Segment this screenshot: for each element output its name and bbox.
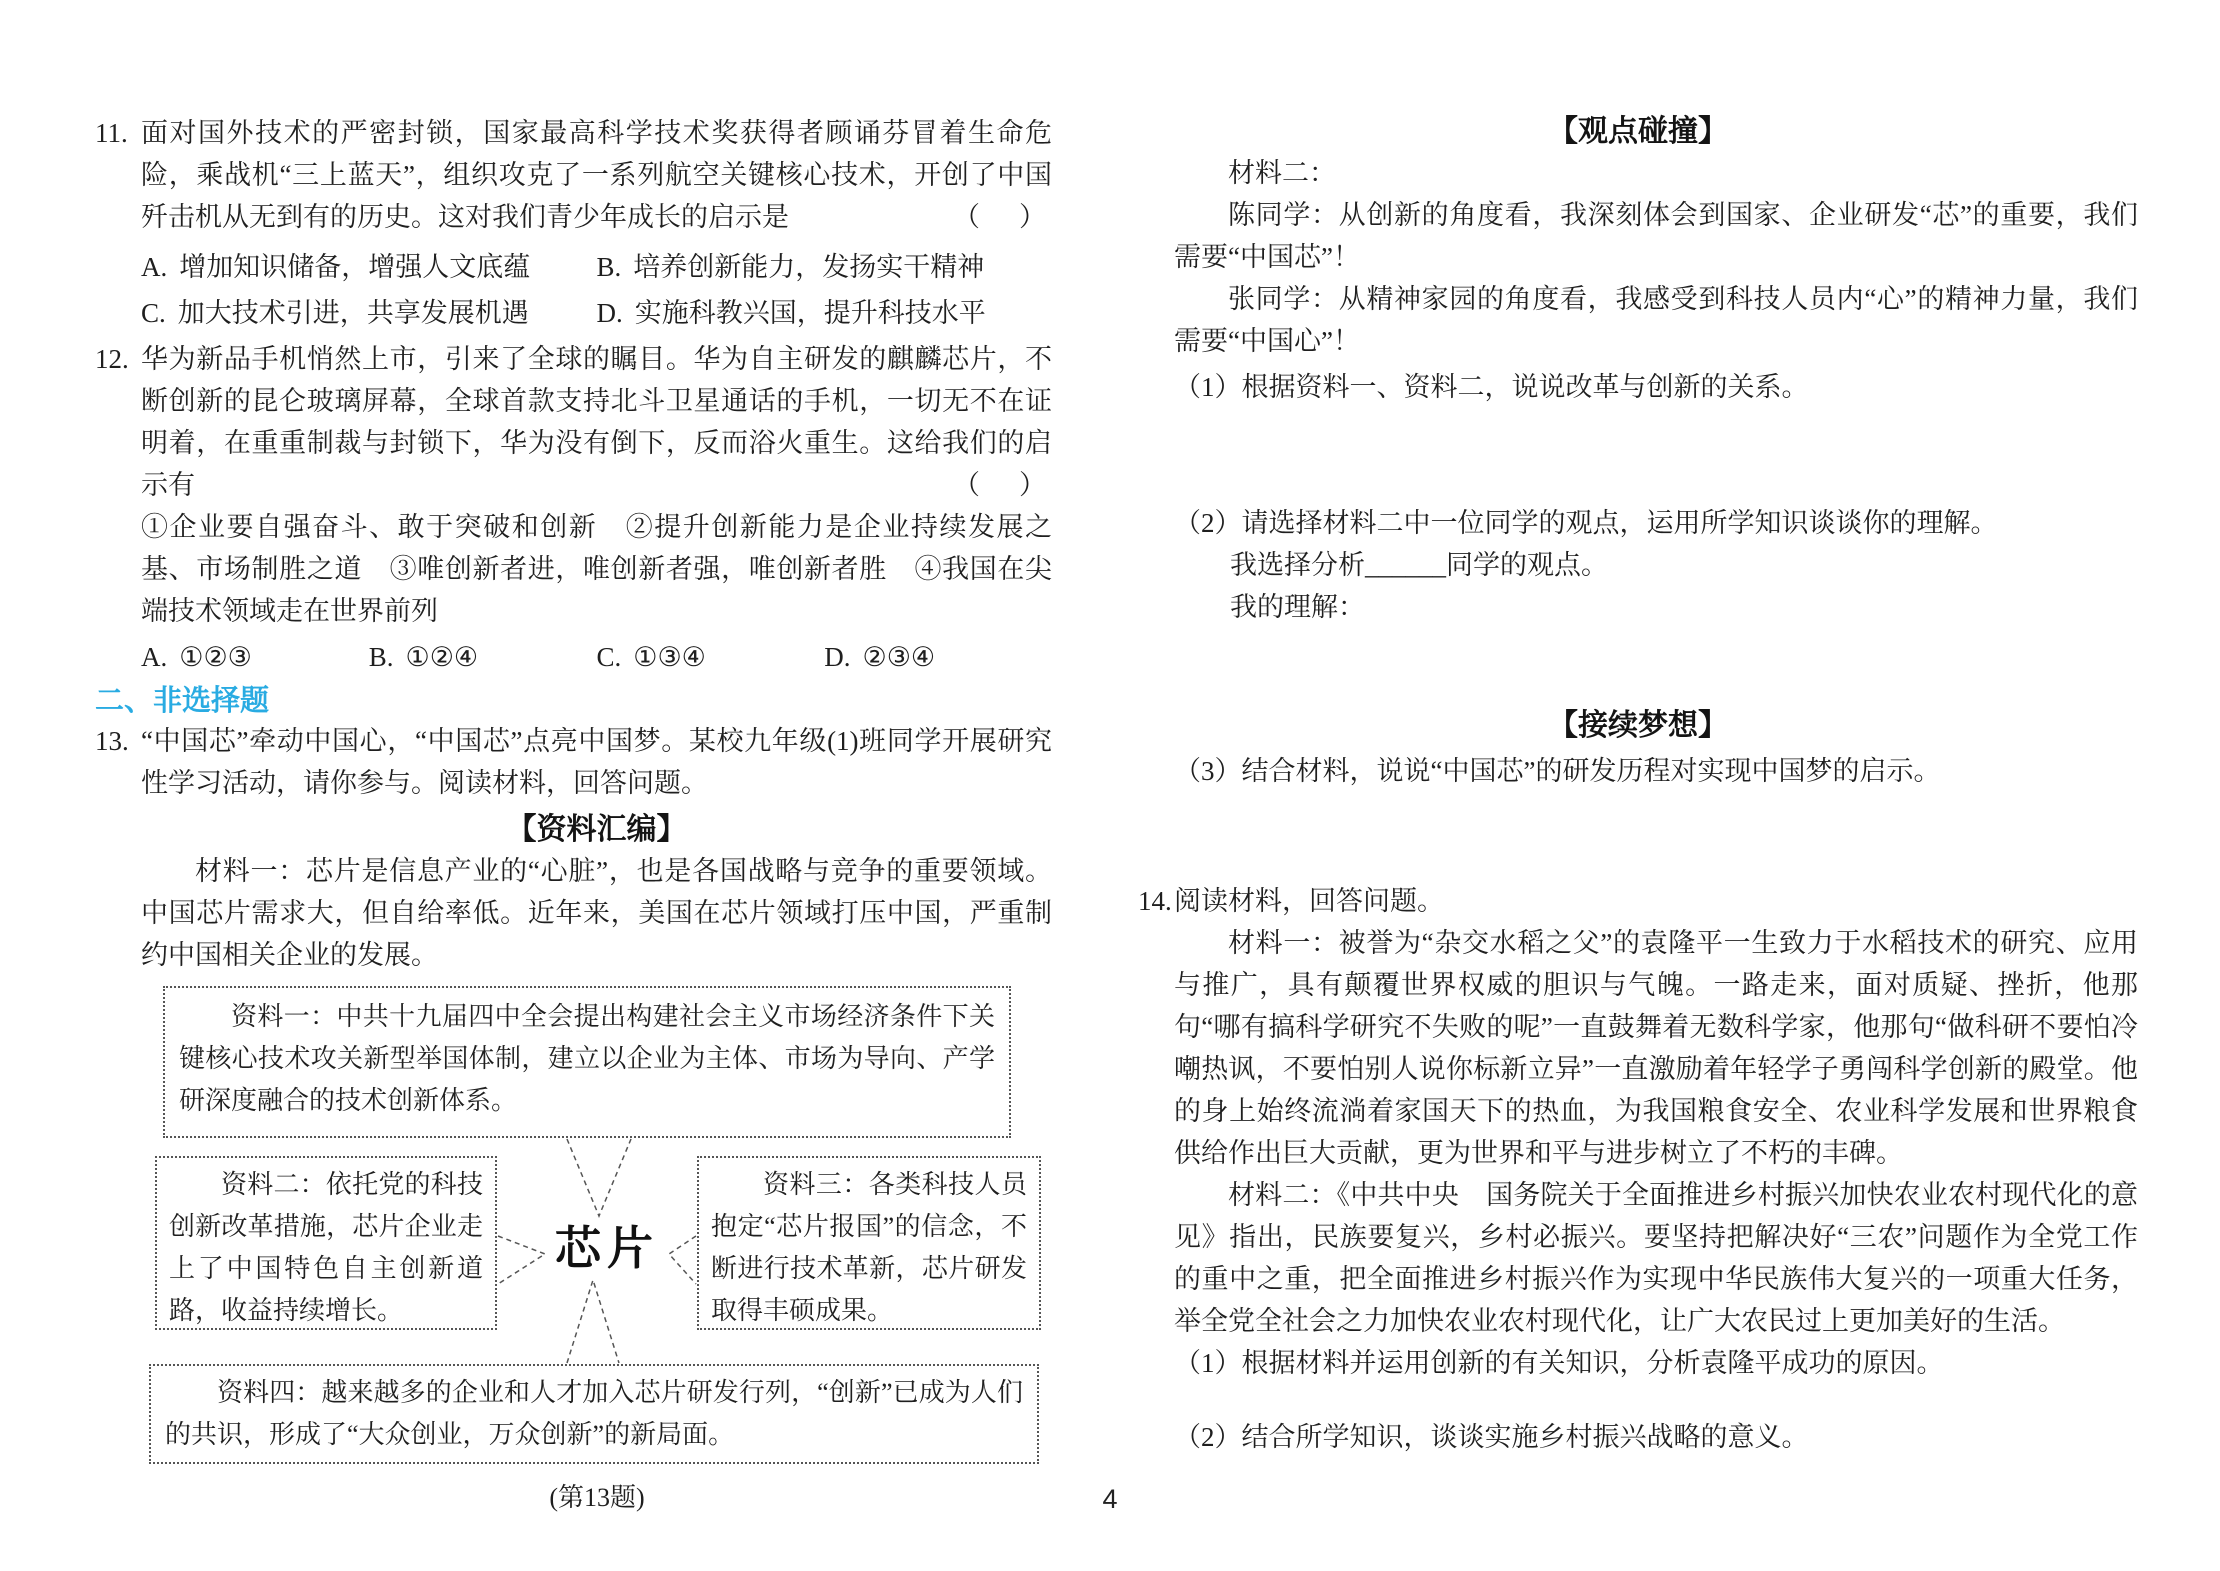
diagram-source-4-text: 资料四：越来越多的企业和人才加入芯片研发行列，“创新”已成为人们的共识，形成了“… xyxy=(165,1372,1023,1456)
question-11-option-c: C. 加大技术引进，共享发展机遇 xyxy=(141,290,597,336)
question-12-option-d: D. ②③④ xyxy=(824,634,1052,680)
option-text: ①②③ xyxy=(179,634,252,680)
question-11-option-d: D. 实施科教兴国，提升科技水平 xyxy=(597,290,1053,336)
question-13-stem: “中国芯”牵动中国心，“中国芯”点亮中国梦。某校九年级(1)班同学开展研究性学习… xyxy=(141,720,1052,804)
diagram-source-1-text: 资料一：中共十九届四中全会提出构建社会主义市场经济条件下关键核心技术攻关新型举国… xyxy=(179,996,995,1122)
question-13-sub-3-wrap: （3）结合材料，说说“中国芯”的研发历程对实现中国梦的启示。 xyxy=(1138,750,2138,792)
question-13-sub-3: （3）结合材料，说说“中国芯”的研发历程对实现中国梦的启示。 xyxy=(1174,750,2138,792)
question-13-right-part: 材料二： 陈同学：从创新的角度看，我深刻体会到国家、企业研发“芯”的重要，我们需… xyxy=(1138,152,2138,628)
block-heading-continue-dream: 【接续梦想】 xyxy=(1138,706,2138,746)
question-12-options: A. ①②③ B. ①②④ C. ①③④ D. ②③④ xyxy=(141,634,1052,680)
question-11: 11. 面对国外技术的严密封锁，国家最高科学技术奖获得者顾诵芬冒着生命危险，乘战… xyxy=(95,112,1052,336)
option-label: B. xyxy=(597,244,622,290)
question-14-sub-1: （1）根据材料并运用创新的有关知识，分析袁隆平成功的原因。 xyxy=(1174,1342,2138,1384)
option-label: D. xyxy=(597,290,623,336)
question-12-option-c: C. ①③④ xyxy=(597,634,825,680)
question-14-material-1: 材料一：被誉为“杂交水稻之父”的袁隆平一生致力于水稻技术的研究、应用与推广，具有… xyxy=(1174,922,2138,1174)
question-12-text: 华为新品手机悄然上市，引来了全球的瞩目。华为自主研发的麒麟芯片，不断创新的昆仑玻… xyxy=(141,344,1052,500)
question-12-number: 12. xyxy=(95,338,129,380)
diagram-source-2-text: 资料二：依托党的科技创新改革措施，芯片企业走上了中国特色自主创新道路，收益持续增… xyxy=(169,1164,483,1332)
question-13-sub-1: （1）根据资料一、资料二，说说改革与创新的关系。 xyxy=(1174,366,2138,408)
chip-center-label: 芯片 xyxy=(539,1220,675,1276)
question-11-option-b: B. 培养创新能力，发扬实干精神 xyxy=(597,244,1053,290)
section-heading-non-choice: 二、非选择题 xyxy=(95,684,1052,718)
question-14-number: 14. xyxy=(1138,880,1172,922)
diagram-source-box-3: 资料三：各类科技人员抱定“芯片报国”的信念，不断进行技术革新，芯片研发取得丰硕成… xyxy=(697,1156,1041,1330)
question-11-answer-bracket: （ ） xyxy=(953,196,1052,238)
question-14: 14. 阅读材料，回答问题。 材料一：被誉为“杂交水稻之父”的袁隆平一生致力于水… xyxy=(1138,880,2138,1458)
question-13: 13. “中国芯”牵动中国心，“中国芯”点亮中国梦。某校九年级(1)班同学开展研… xyxy=(95,720,1052,1518)
option-label: A. xyxy=(141,244,167,290)
option-text: ②③④ xyxy=(863,634,936,680)
chip-diagram: 资料一：中共十九届四中全会提出构建社会主义市场经济条件下关键核心技术攻关新型举国… xyxy=(141,986,1053,1464)
option-text: ①②④ xyxy=(406,634,479,680)
question-11-text: 面对国外技术的严密封锁，国家最高科学技术奖获得者顾诵芬冒着生命危险，乘战机“三上… xyxy=(141,118,1052,232)
option-label: A. xyxy=(141,634,167,680)
question-14-sub-2: （2）结合所学知识，谈谈实施乡村振兴战略的意义。 xyxy=(1174,1416,2138,1458)
student-zhang-view: 张同学：从精神家园的角度看，我感受到科技人员内“心”的精神力量，我们需要“中国心… xyxy=(1174,278,2138,362)
right-column: 【观点碰撞】 材料二： 陈同学：从创新的角度看，我深刻体会到国家、企业研发“芯”… xyxy=(1138,0,2138,1458)
student-chen-view: 陈同学：从创新的角度看，我深刻体会到国家、企业研发“芯”的重要，我们需要“中国芯… xyxy=(1174,194,2138,278)
diagram-source-3-text: 资料三：各类科技人员抱定“芯片报国”的信念，不断进行技术革新，芯片研发取得丰硕成… xyxy=(711,1164,1027,1332)
question-12-stem: 华为新品手机悄然上市，引来了全球的瞩目。华为自主研发的麒麟芯片，不断创新的昆仑玻… xyxy=(141,338,1052,506)
question-11-options: A. 增加知识储备，增强人文底蕴 B. 培养创新能力，发扬实干精神 C. 加大技… xyxy=(141,244,1052,336)
worksheet-page: 11. 面对国外技术的严密封锁，国家最高科学技术奖获得者顾诵芬冒着生命危险，乘战… xyxy=(0,0,2220,1571)
question-13-sub-2-answer-label: 我的理解： xyxy=(1174,586,2138,628)
diagram-source-box-4: 资料四：越来越多的企业和人才加入芯片研发行列，“创新”已成为人们的共识，形成了“… xyxy=(149,1364,1039,1464)
block-heading-viewpoint-clash: 【观点碰撞】 xyxy=(1138,112,2138,152)
question-12: 12. 华为新品手机悄然上市，引来了全球的瞩目。华为自主研发的麒麟芯片，不断创新… xyxy=(95,338,1052,680)
question-14-material-2: 材料二：《中共中央 国务院关于全面推进乡村振兴加快农业农村现代化的意见》指出，民… xyxy=(1174,1174,2138,1342)
question-11-stem: 面对国外技术的严密封锁，国家最高科学技术奖获得者顾诵芬冒着生命危险，乘战机“三上… xyxy=(141,112,1052,238)
question-14-intro: 阅读材料，回答问题。 xyxy=(1174,880,2138,922)
diagram-caption: (第13题) xyxy=(141,1478,1053,1518)
option-text: 加大技术引进，共享发展机遇 xyxy=(178,290,529,336)
diagram-source-box-1: 资料一：中共十九届四中全会提出构建社会主义市场经济条件下关键核心技术攻关新型举国… xyxy=(163,986,1011,1138)
option-text: 实施科教兴国，提升科技水平 xyxy=(635,290,986,336)
page-number: 4 xyxy=(1102,1484,1117,1515)
left-column: 11. 面对国外技术的严密封锁，国家最高科学技术奖获得者顾诵芬冒着生命危险，乘战… xyxy=(95,0,1052,1518)
question-12-answer-bracket: （ ） xyxy=(953,464,1052,506)
question-12-option-a: A. ①②③ xyxy=(141,634,369,680)
option-label: C. xyxy=(597,634,622,680)
block-heading-data-compilation: 【资料汇编】 xyxy=(141,810,1052,850)
diagram-source-box-2: 资料二：依托党的科技创新改革措施，芯片企业走上了中国特色自主创新道路，收益持续增… xyxy=(155,1156,497,1330)
question-13-sub-2: （2）请选择材料二中一位同学的观点，运用所学知识谈谈你的理解。 xyxy=(1174,502,2138,544)
option-label: C. xyxy=(141,290,166,336)
question-13-sub-2-choice-blank: 我选择分析______同学的观点。 xyxy=(1174,544,2138,586)
option-text: ①③④ xyxy=(633,634,706,680)
option-text: 增加知识储备，增强人文底蕴 xyxy=(179,244,530,290)
material-2-label: 材料二： xyxy=(1174,152,2138,194)
option-label: B. xyxy=(369,634,394,680)
question-11-number: 11. xyxy=(95,112,128,154)
question-11-option-a: A. 增加知识储备，增强人文底蕴 xyxy=(141,244,597,290)
question-13-number: 13. xyxy=(95,720,129,762)
option-text: 培养创新能力，发扬实干精神 xyxy=(633,244,984,290)
question-13-material-1: 材料一：芯片是信息产业的“心脏”，也是各国战略与竞争的重要领域。中国芯片需求大，… xyxy=(141,850,1052,976)
question-12-items: ①企业要自强奋斗、敢于突破和创新 ②提升创新能力是企业持续发展之基、市场制胜之道… xyxy=(141,506,1052,632)
question-12-option-b: B. ①②④ xyxy=(369,634,597,680)
option-label: D. xyxy=(824,634,850,680)
